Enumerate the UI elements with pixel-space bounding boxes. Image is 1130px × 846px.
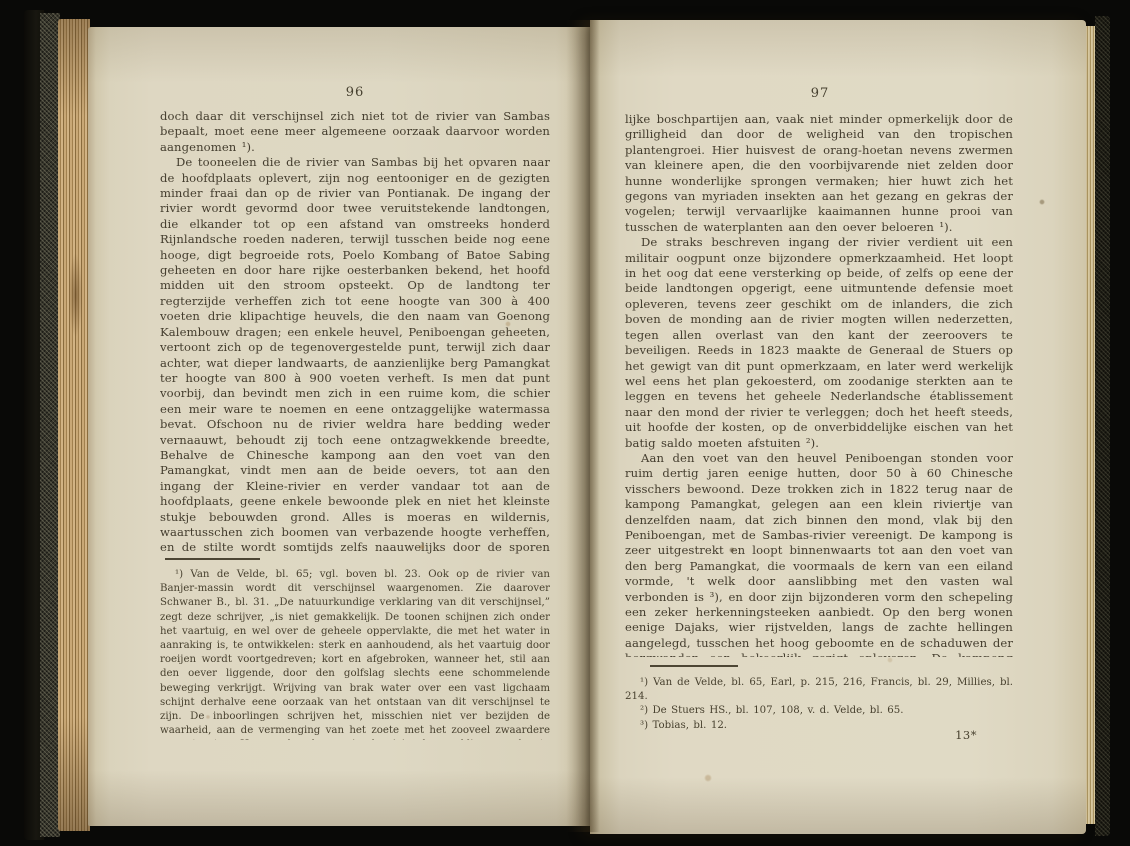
body-paragraph: De straks beschreven ingang der rivier v… [625, 235, 1013, 451]
footnote: ¹) Van de Velde, bl. 65; vgl. boven bl. … [160, 568, 550, 740]
signature-mark: 13* [625, 728, 977, 742]
footnote-separator-rule [650, 665, 738, 667]
right-page: 97 lijke boschpartijen aan, vaak niet mi… [590, 20, 1086, 834]
right-page-number: 97 [625, 86, 1015, 101]
book-scan-photo: 96 doch daar dit verschijnsel zich niet … [0, 0, 1130, 846]
body-paragraph: De tooneelen die de rivier van Sambas bi… [160, 155, 550, 558]
left-page: 96 doch daar dit verschijnsel zich niet … [88, 27, 590, 826]
book-cover-right-edge [1095, 16, 1110, 836]
footnote: ²) De Stuers HS., bl. 107, 108, v. d. Ve… [625, 704, 1013, 718]
left-page-footnotes: ¹) Van de Velde, bl. 65; vgl. boven bl. … [160, 568, 550, 740]
right-page-footnotes: ¹) Van de Velde, bl. 65, Earl, p. 215, 2… [625, 676, 1013, 736]
footnote-separator-rule [165, 558, 260, 560]
right-page-edge-stack [1086, 26, 1095, 824]
body-paragraph: lijke boschpartijen aan, vaak niet minde… [625, 112, 1013, 235]
body-paragraph: Aan den voet van den heuvel Peniboengan … [625, 451, 1013, 657]
footnote: ¹) Van de Velde, bl. 65, Earl, p. 215, 2… [625, 676, 1013, 704]
left-page-number: 96 [160, 85, 550, 100]
body-paragraph: doch daar dit verschijnsel zich niet tot… [160, 109, 550, 155]
right-page-body-text: lijke boschpartijen aan, vaak niet minde… [625, 112, 1013, 657]
left-page-edge-stack [58, 19, 90, 831]
left-page-body-text: doch daar dit verschijnsel zich niet tot… [160, 109, 550, 558]
book-spine-cloth [40, 13, 60, 837]
